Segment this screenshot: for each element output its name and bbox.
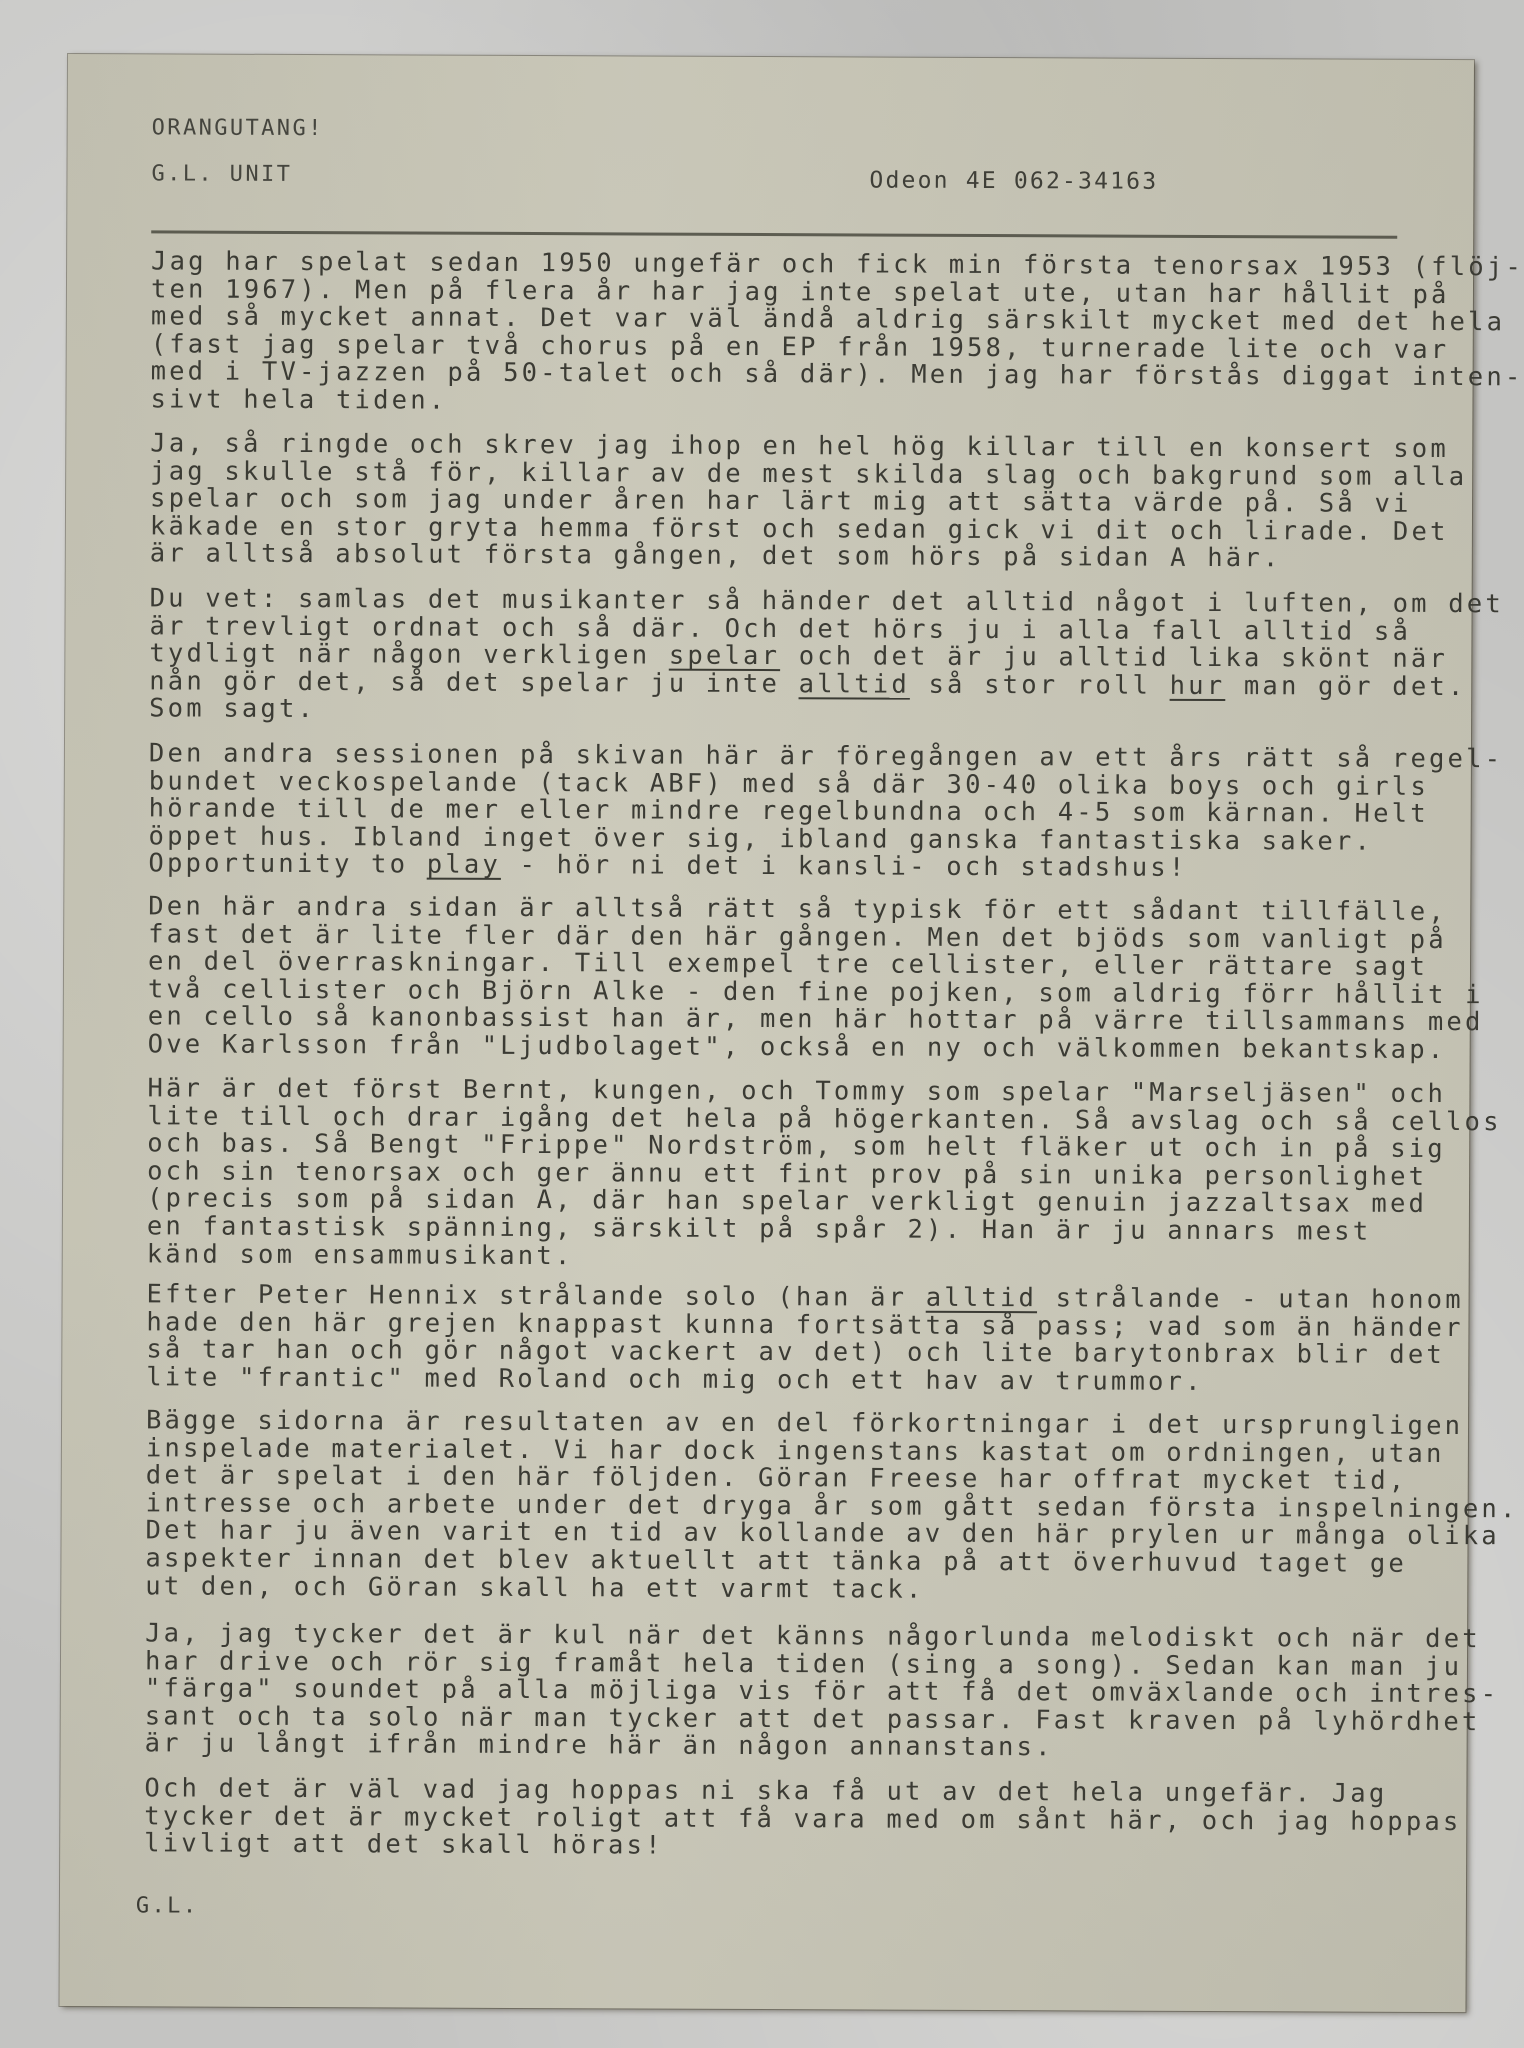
- underlined-emphasis: alltid: [799, 669, 910, 699]
- paragraph: Efter Peter Hennix strålande solo (han ä…: [146, 1281, 1464, 1397]
- underlined-emphasis: alltid: [926, 1283, 1037, 1313]
- signature: G.L.: [136, 1892, 199, 1920]
- paragraph: Den här andra sidan är alltså rätt så ty…: [148, 893, 1484, 1064]
- underlined-emphasis: spelar: [669, 641, 780, 671]
- paragraph: Du vet: samlas det musikanter så händer …: [149, 585, 1504, 729]
- album-title: ORANGUTANG!: [152, 114, 324, 142]
- text-line: nån gör det, så det spelar ju inte allti…: [149, 668, 1503, 702]
- paragraph: Här är det först Bernt, kungen, och Tomm…: [147, 1075, 1502, 1274]
- paragraph: Jag har spelat sedan 1950 ungefär och fi…: [150, 248, 1524, 420]
- artist-name: G.L. UNIT: [151, 160, 292, 188]
- paragraph: Bägge sidorna är resultaten av en del fö…: [145, 1407, 1519, 1606]
- paragraph: Den andra sessionen på skivan här är för…: [148, 740, 1503, 884]
- catalog-number: Odeon 4E 062-34163: [869, 167, 1158, 196]
- header-divider: [151, 230, 1397, 238]
- paragraph: Ja, så ringde och skrev jag ihop en hel …: [150, 430, 1468, 574]
- paragraph: Och det är väl vad jag hoppas ni ska få …: [144, 1775, 1462, 1864]
- underlined-emphasis: play: [427, 850, 501, 880]
- liner-notes-sheet: ORANGUTANG! G.L. UNIT Odeon 4E 062-34163…: [59, 54, 1474, 2012]
- paragraph: Ja, jag tycker det är kul när det känns …: [145, 1620, 1500, 1764]
- text-line: är alltså absolut första gången, det som…: [150, 541, 1467, 574]
- underlined-emphasis: hur: [1170, 671, 1226, 701]
- text-line: Ove Karlsson från "Ljudbolaget", också e…: [148, 1031, 1484, 1064]
- liner-notes-body: Jag har spelat sedan 1950 ungefär och fi…: [68, 54, 1474, 60]
